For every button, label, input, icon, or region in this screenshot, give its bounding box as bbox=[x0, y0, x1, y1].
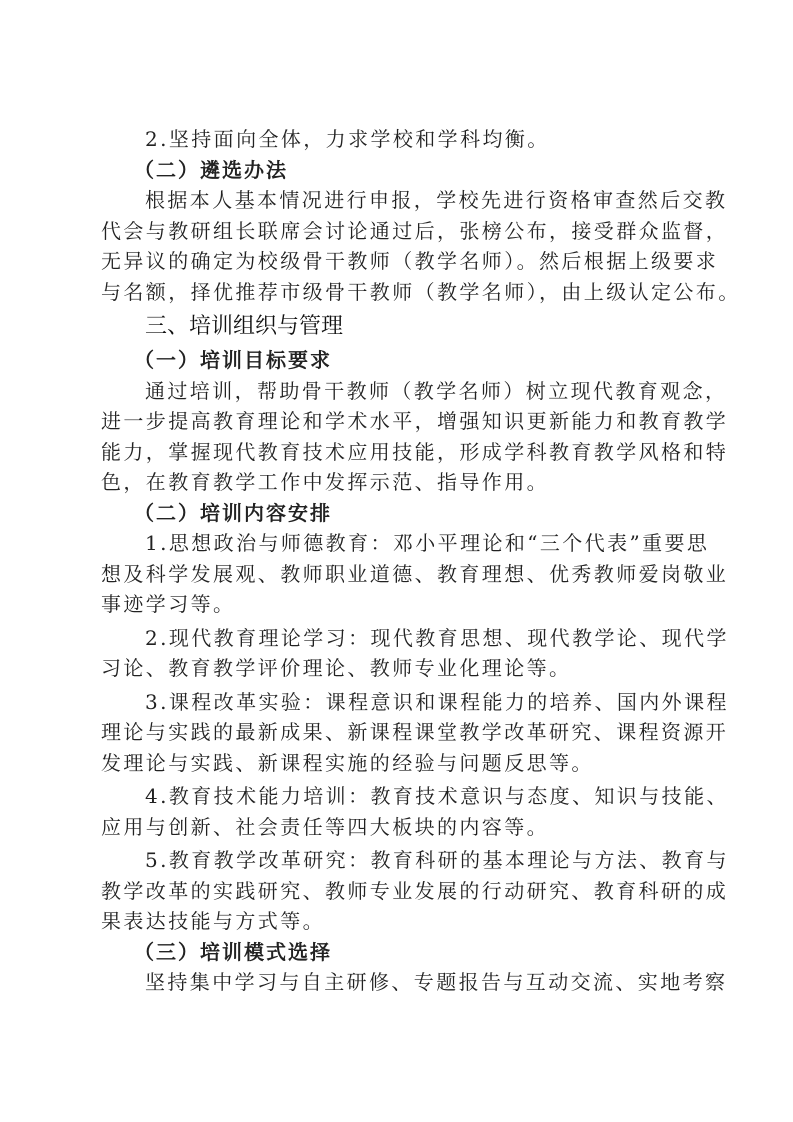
subheading-selection-method: （二）遴选办法 bbox=[101, 155, 705, 186]
text-line: 根据本人基本情况进行申报，学校先进行资格审查然后交教 bbox=[101, 185, 705, 216]
document-page: 2.坚持面向全体，力求学校和学科均衡。 （二）遴选办法 根据本人基本情况进行申报… bbox=[101, 124, 705, 998]
subheading-training-goals: （一）培训目标要求 bbox=[101, 345, 705, 376]
text-line: 能力，掌握现代教育技术应用技能，形成学科教育教学风格和特 bbox=[101, 437, 705, 468]
text-line: 进一步提高教育理论和学术水平，增强知识更新能力和教育教学 bbox=[101, 406, 705, 437]
text-line: 发理论与实践、新课程实施的经验与问题反思等。 bbox=[101, 748, 705, 779]
text-line: 教学改革的实践研究、教师专业发展的行动研究、教育科研的成 bbox=[101, 876, 705, 907]
text-line: 2.现代教育理论学习：现代教育思想、现代教学论、现代学 bbox=[101, 623, 705, 654]
text-line: 代会与教研组长联席会讨论通过后，张榜公布，接受群众监督， bbox=[101, 216, 705, 247]
text-line: 1.思想政治与师德教育：邓小平理论和“三个代表”重要思 bbox=[101, 528, 705, 559]
list-item-education-theory: 2.现代教育理论学习：现代教育思想、现代教学论、现代学 习论、教育教学评价理论、… bbox=[101, 623, 705, 684]
text-line: 通过培训，帮助骨干教师（教学名师）树立现代教育观念， bbox=[101, 376, 705, 407]
text-line: 与名额，择优推荐市级骨干教师（教学名师），由上级认定公布。 bbox=[101, 277, 705, 308]
text-line: 事迹学习等。 bbox=[101, 589, 705, 620]
list-item-political-ethics: 1.思想政治与师德教育：邓小平理论和“三个代表”重要思 想及科学发展观、教师职业… bbox=[101, 528, 705, 620]
text-line: 无异议的确定为校级骨干教师（教学名师）。然后根据上级要求 bbox=[101, 246, 705, 277]
text-line: 坚持集中学习与自主研修、专题报告与互动交流、实地考察 bbox=[101, 967, 705, 998]
section-heading-training-management: 三、培训组织与管理 bbox=[101, 309, 705, 345]
list-item-teaching-reform-research: 5.教育教学改革研究：教育科研的基本理论与方法、教育与 教学改革的实践研究、教师… bbox=[101, 845, 705, 937]
text-line: 2.坚持面向全体，力求学校和学科均衡。 bbox=[101, 124, 705, 155]
paragraph-training-goals: 通过培训，帮助骨干教师（教学名师）树立现代教育观念， 进一步提高教育理论和学术水… bbox=[101, 376, 705, 498]
text-line: 习论、教育教学评价理论、教师专业化理论等。 bbox=[101, 653, 705, 684]
text-line: 果表达技能与方式等。 bbox=[101, 906, 705, 937]
text-line: 3.课程改革实验：课程意识和课程能力的培养、国内外课程 bbox=[101, 687, 705, 718]
text-line: 应用与创新、社会责任等四大板块的内容等。 bbox=[101, 812, 705, 843]
paragraph-training-mode: 坚持集中学习与自主研修、专题报告与互动交流、实地考察 bbox=[101, 967, 705, 998]
paragraph-balance: 2.坚持面向全体，力求学校和学科均衡。 bbox=[101, 124, 705, 155]
paragraph-selection-method: 根据本人基本情况进行申报，学校先进行资格审查然后交教 代会与教研组长联席会讨论通… bbox=[101, 185, 705, 307]
subheading-training-content: （二）培训内容安排 bbox=[101, 498, 705, 529]
text-line: 色，在教育教学工作中发挥示范、指导作用。 bbox=[101, 467, 705, 498]
list-item-edtech-training: 4.教育技术能力培训：教育技术意识与态度、知识与技能、 应用与创新、社会责任等四… bbox=[101, 781, 705, 842]
list-item-curriculum-reform: 3.课程改革实验：课程意识和课程能力的培养、国内外课程 理论与实践的最新成果、新… bbox=[101, 687, 705, 779]
text-line: 想及科学发展观、教师职业道德、教育理想、优秀教师爱岗敬业 bbox=[101, 559, 705, 590]
text-line: 理论与实践的最新成果、新课程课堂教学改革研究、课程资源开 bbox=[101, 717, 705, 748]
text-line: 4.教育技术能力培训：教育技术意识与态度、知识与技能、 bbox=[101, 781, 705, 812]
subheading-training-mode: （三）培训模式选择 bbox=[101, 937, 705, 968]
text-line: 5.教育教学改革研究：教育科研的基本理论与方法、教育与 bbox=[101, 845, 705, 876]
